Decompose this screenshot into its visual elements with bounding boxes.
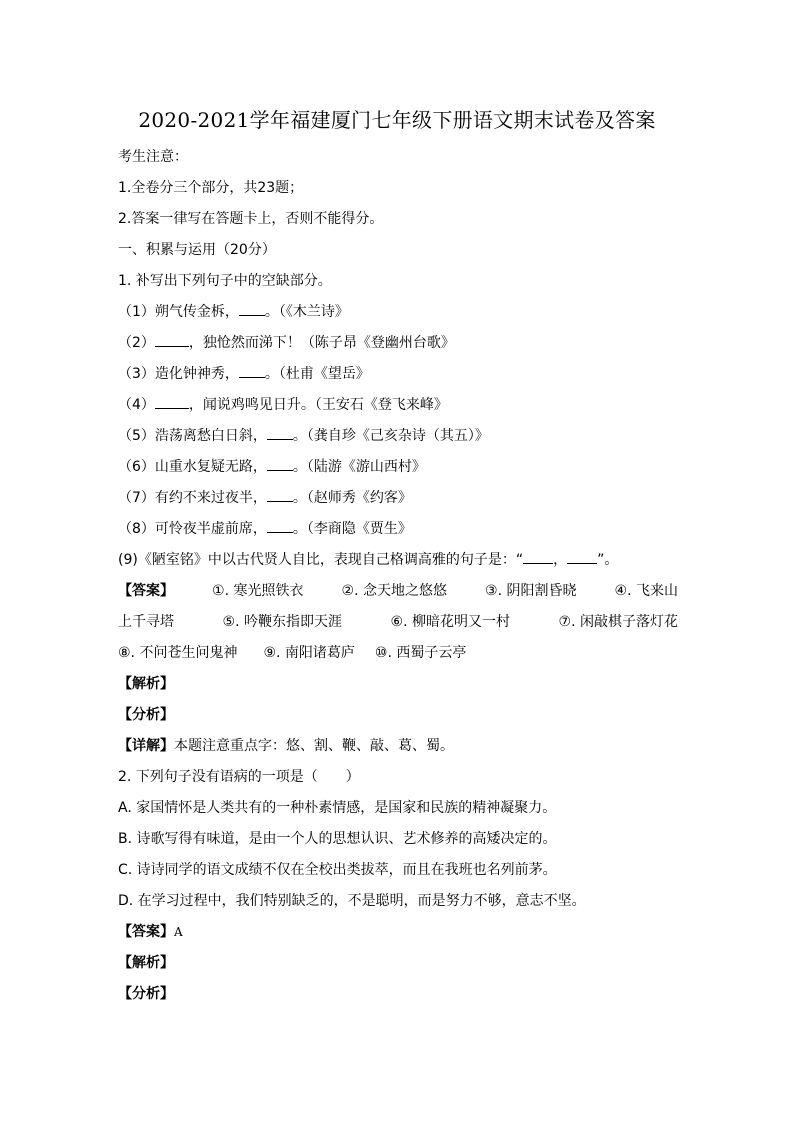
question-item: （2），独怆然而涕下！（陈子昂《登幽州台歌》 <box>118 333 455 353</box>
item-text: ，闻说鸡鸣见日升。（王安石《登飞来峰》 <box>189 397 448 413</box>
notice-heading: 考生注意： <box>118 147 188 167</box>
question-item: （5）浩荡离愁白日斜，。（龚自珍《己亥杂诗（其五）》 <box>118 426 489 446</box>
item-source: 。（龚自珍《己亥杂诗（其五）》 <box>293 428 489 444</box>
question-item: (9)《陋室铭》中以古代贤人自比，表现自己格调高雅的句子是：“，”。 <box>118 550 618 570</box>
question-stem: 2. 下列句子没有语病的一项是（ ） <box>118 767 360 787</box>
item-number: （4） <box>118 397 155 413</box>
answer-blank <box>267 488 293 502</box>
answer-value: A <box>174 925 183 939</box>
item-number: （7） <box>118 490 155 506</box>
item-number: （6） <box>118 459 155 475</box>
answer-item: ②. 念天地之悠悠 <box>342 581 447 601</box>
answer-item: ④. 飞来山 <box>615 581 678 601</box>
item-text: 造化钟神秀， <box>155 366 239 382</box>
answer-blank <box>523 550 553 564</box>
item-text: (9)《陋室铭》中以古代贤人自比，表现自己格调高雅的句子是：“ <box>118 552 523 568</box>
item-text: 浩荡离愁白日斜， <box>155 428 267 444</box>
answer-item: ⑩. 西蜀子云亭 <box>375 645 466 661</box>
option-b: B. 诗歌写得有味道，是由一个人的思想认识、艺术修养的高矮决定的。 <box>118 829 557 849</box>
option-c: C. 诗诗同学的语文成绩不仅在全校出类拔萃，而且在我班也名列前茅。 <box>118 860 557 880</box>
option-a: A. 家国情怀是人类共有的一种朴素情感，是国家和民族的精神凝聚力。 <box>118 798 556 818</box>
detail-label: 【详解】 <box>118 738 174 754</box>
answer-row: ⑧. 不问苍生问鬼神⑨. 南阳诸葛庐⑩. 西蜀子云亭 <box>118 643 466 663</box>
section-heading: 一、积累与运用（20分） <box>118 240 276 260</box>
answer-blank <box>267 519 293 533</box>
answer-blank <box>267 457 293 471</box>
item-source: 。（李商隐《贾生》 <box>293 521 412 537</box>
question-item: （4），闻说鸡鸣见日升。（王安石《登飞来峰》 <box>118 395 448 415</box>
item-source: 。（赵师秀《约客》 <box>293 490 412 506</box>
item-separator: ， <box>553 552 567 568</box>
question-item: （1）朔气传金柝，。（《木兰诗》 <box>118 302 349 322</box>
document-page: 2020-2021学年福建厦门七年级下册语文期末试卷及答案 考生注意： 1.全卷… <box>0 0 794 1123</box>
answer-blank <box>267 426 293 440</box>
option-d: D. 在学习过程中，我们特别缺乏的，不是聪明，而是努力不够，意志不坚。 <box>118 891 586 911</box>
item-text: 山重水复疑无路， <box>155 459 267 475</box>
answer-blank <box>567 550 597 564</box>
item-number: （5） <box>118 428 155 444</box>
item-number: （8） <box>118 521 155 537</box>
answer-item: ⑦. 闲敲棋子落灯花 <box>559 612 678 632</box>
analysis-label: 【解析】 <box>118 953 174 973</box>
answer-item: 上千寻塔 <box>118 612 174 632</box>
fenxi-label: 【分析】 <box>118 984 174 1004</box>
answer-row: 【答案】 ①. 寒光照铁衣 ②. 念天地之悠悠 ③. 阴阳割昏晓 ④. 飞来山 <box>118 581 678 601</box>
answer-row: 上千寻塔 ⑤. 吟鞭东指即天涯 ⑥. 柳暗花明又一村 ⑦. 闲敲棋子落灯花 <box>118 612 678 632</box>
analysis-label: 【解析】 <box>118 674 174 694</box>
question-stem: 1. 补写出下列句子中的空缺部分。 <box>118 271 332 291</box>
answer-blank <box>239 364 265 378</box>
detail-text: 本题注意重点字：悠、割、鞭、敲、葛、蜀。 <box>174 738 454 754</box>
item-text: 可怜夜半虚前席， <box>155 521 267 537</box>
item-number: （2） <box>118 335 155 351</box>
question-item: （8）可怜夜半虚前席，。（李商隐《贾生》 <box>118 519 412 539</box>
answer-item: ⑧. 不问苍生问鬼神 <box>118 645 237 661</box>
page-title: 2020-2021学年福建厦门七年级下册语文期末试卷及答案 <box>0 104 794 133</box>
answer-item: ⑤. 吟鞭东指即天涯 <box>223 612 342 632</box>
item-text: 有约不来过夜半， <box>155 490 267 506</box>
item-number: （3） <box>118 366 155 382</box>
answer-blank <box>239 302 265 316</box>
item-text: 朔气传金柝， <box>155 304 239 320</box>
item-source: 。（陆游《游山西村》 <box>293 459 426 475</box>
answer-item: ⑥. 柳暗花明又一村 <box>391 612 510 632</box>
answer-blank <box>155 395 189 409</box>
question-item: （7）有约不来过夜半，。（赵师秀《约客》 <box>118 488 412 508</box>
fenxi-label: 【分析】 <box>118 705 174 725</box>
answer-label: 【答案】 <box>118 924 174 940</box>
question-item: （6）山重水复疑无路，。（陆游《游山西村》 <box>118 457 426 477</box>
item-end: ”。 <box>597 552 618 568</box>
item-number: （1） <box>118 304 155 320</box>
answer-item: ①. 寒光照铁衣 <box>212 581 303 601</box>
notice-item: 2.答案一律写在答题卡上，否则不能得分。 <box>118 209 383 229</box>
answer-label: 【答案】 <box>118 581 174 601</box>
question-item: （3）造化钟神秀，。（杜甫《望岳》 <box>118 364 370 384</box>
item-source: 。（杜甫《望岳》 <box>265 366 370 382</box>
answer-item: ③. 阴阳割昏晓 <box>485 581 576 601</box>
item-source: 。（《木兰诗》 <box>265 304 349 320</box>
detail-line: 【详解】本题注意重点字：悠、割、鞭、敲、葛、蜀。 <box>118 736 454 756</box>
item-text: ，独怆然而涕下！（陈子昂《登幽州台歌》 <box>189 335 455 351</box>
answer-blank <box>155 333 189 347</box>
notice-item: 1.全卷分三个部分，共23题； <box>118 178 303 198</box>
answer-line: 【答案】A <box>118 922 183 942</box>
answer-item: ⑨. 南阳诸葛庐 <box>263 645 354 661</box>
